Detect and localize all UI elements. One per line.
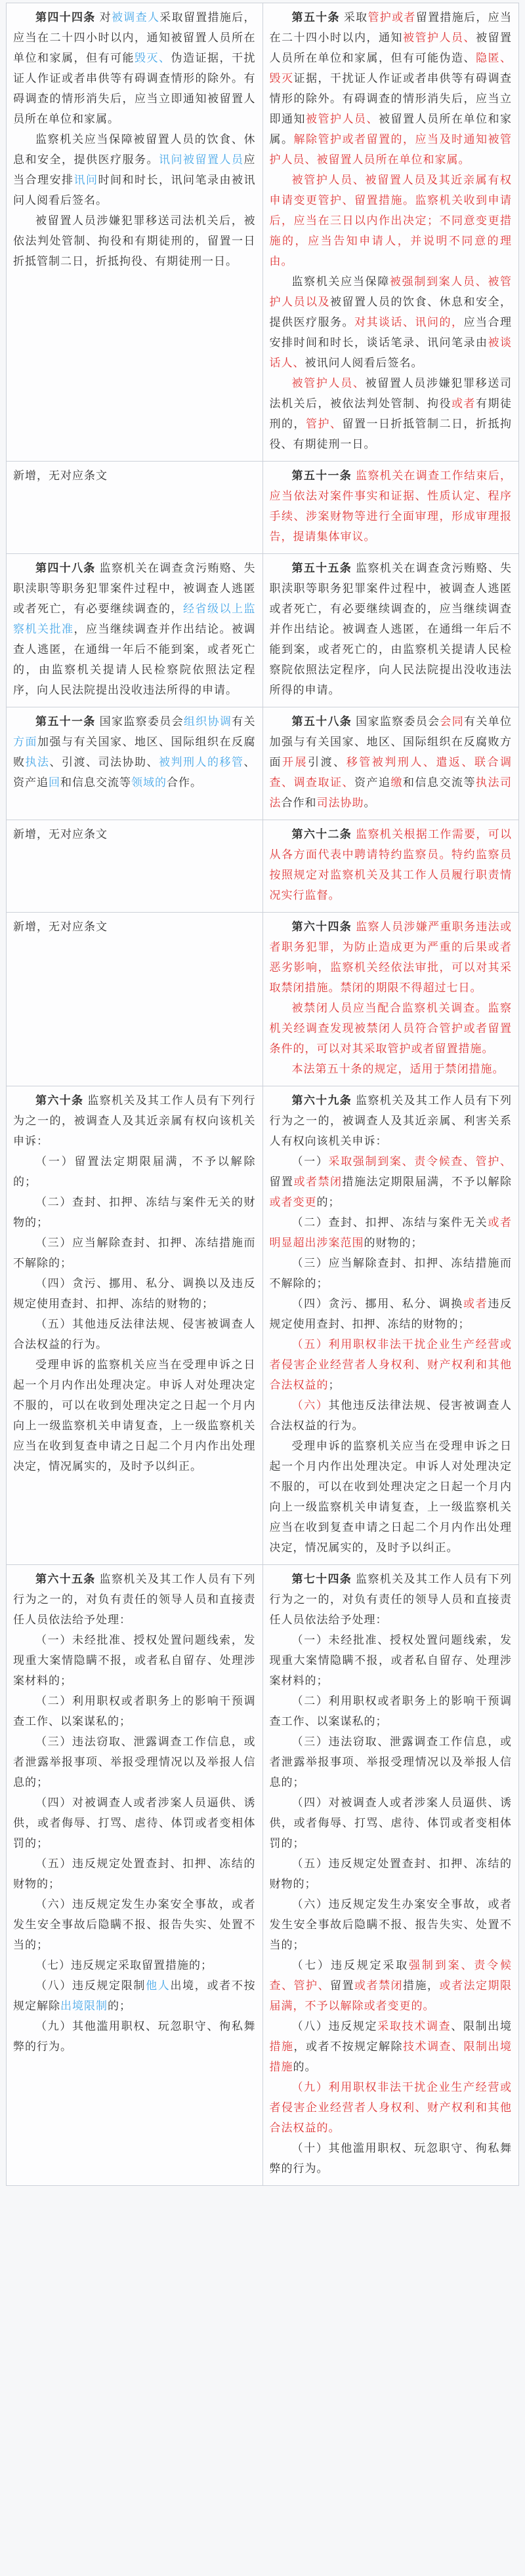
table-row: 第六十五条 监察机关及其工作人员有下列行为之一的，对负有责任的领导人员和直接责任… — [7, 1565, 519, 2186]
article-number: 第六十四条 — [292, 921, 352, 933]
added-text: 管护、 — [306, 418, 343, 430]
cell-right-row-4: 第五十八条 国家监察委员会会同有关单位加强与有关国家、地区、国际组织在反腐败方面… — [262, 707, 519, 820]
plain-text: 采取 — [340, 11, 368, 24]
plain-text: 监察机关应当保障 — [292, 275, 390, 288]
plain-text: （三）应当解除查封、扣押、冻结措施而不解除的； — [270, 1257, 513, 1290]
added-text: 或者 — [463, 1298, 488, 1310]
table-row: 新增，无对应条文第六十二条 监察机关根据工作需要，可以从各方面代表中聘请特约监察… — [7, 820, 519, 913]
article-number: 第七十四条 — [292, 1573, 352, 1585]
added-text: 管护或者 — [367, 11, 415, 24]
plain-text: ，或者不按规定解除 — [294, 2040, 404, 2053]
law-paragraph: （八）违反规定限制他人出境，或者不按规定解除出境限制的； — [13, 1975, 256, 2016]
added-text: 缴 — [391, 776, 404, 789]
plain-text: 被留置人员涉嫌犯罪移送司法机关后，被依法判处管制、拘役和有期徒刑的，留置一日折抵… — [13, 214, 256, 268]
law-paragraph: （三）违法窃取、泄露调查工作信息，或者泄露举报事项、举报受理情况以及举报人信息的… — [270, 1732, 513, 1793]
law-paragraph: （四）贪污、挪用、私分、调换或者违反规定使用查封、扣押、冻结的财物的； — [270, 1294, 513, 1334]
plain-text: （六）违反规定发生办案安全事故，或者发生安全事故后隐瞒不报、报告失实、处置不当的… — [270, 1898, 513, 1951]
plain-text: （十）其他滥用职权、玩忽职守、徇私舞弊的行为。 — [270, 2142, 513, 2175]
cell-right-row-8: 第七十四条 监察机关及其工作人员有下列行为之一的，对负有责任的领导人员和直接责任… — [262, 1565, 519, 2186]
law-paragraph: 监察机关应当保障被强制到案人员、被管护人员以及被留置人员的饮食、休息和安全，提供… — [270, 271, 513, 373]
added-text: 被管护人员、 — [403, 31, 476, 44]
law-paragraph: （六）其他违反法律法规、侵害被调查人合法权益的行为。 — [270, 1395, 513, 1436]
table-row: 第四十八条 监察机关在调查贪污贿赂、失职渎职等职务犯罪案件过程中，被调查人逃匿或… — [7, 554, 519, 707]
plain-text: 资产追 — [354, 776, 391, 789]
plain-text: （八）违反规定限制 — [35, 1979, 146, 1992]
plain-text: （二）利用职权或者职务上的影响干预调查工作、以案谋私的； — [270, 1695, 513, 1728]
plain-text: （七）违反规定采取 — [292, 1959, 409, 1972]
plain-text: 合作和 — [282, 797, 317, 809]
comparison-table-body: 第四十四条 对被调查人采取留置措施后，应当在二十四小时以内，通知被留置人员所在单… — [7, 3, 519, 2186]
law-paragraph: （五）利用职权非法干扰企业生产经营或者侵害企业经营者人身权利、财产权利和其他合法… — [270, 1334, 513, 1395]
law-paragraph: 被留置人员涉嫌犯罪移送司法机关后，被依法判处管制、拘役和有期徒刑的，留置一日折抵… — [13, 210, 256, 271]
cell-right-row-5: 第六十二条 监察机关根据工作需要，可以从各方面代表中聘请特约监察员。特约监察员按… — [262, 820, 519, 913]
plain-text: （一）未经批准、授权处置问题线索，发现重大案情隐瞒不报，或者私自留存、处理涉案材… — [13, 1634, 256, 1687]
table-row: 第五十一条 国家监察委员会组织协调有关方面加强与有关国家、地区、国际组织在反腐败… — [7, 707, 519, 820]
added-text: （六） — [292, 1399, 329, 1412]
law-paragraph: （二）利用职权或者职务上的影响干预调查工作、以案谋私的； — [270, 1691, 513, 1732]
law-paragraph: （六）违反规定发生办案安全事故，或者发生安全事故后隐瞒不报、报告失实、处置不当的… — [13, 1894, 256, 1955]
article-number: 第四十四条 — [35, 11, 96, 24]
law-paragraph: 本法第五十条的规定，适用于禁闭措施。 — [270, 1059, 513, 1079]
cell-right-row-7: 第六十九条 监察机关及其工作人员有下列行为之一的，被调查人及其近亲属、利害关系人… — [262, 1086, 519, 1565]
removed-text: 讯问被留置人员 — [159, 153, 244, 166]
law-paragraph: （七）违反规定采取强制到案、责令候查、管护、留置或者禁闭措施，或者法定期限届满，… — [270, 1955, 513, 2016]
law-paragraph: （五）违反规定处置查封、扣押、冻结的财物的； — [13, 1853, 256, 1894]
cell-left-row-2: 新增，无对应条文 — [7, 462, 263, 554]
plain-text: （八）违反规定 — [292, 2020, 378, 2032]
plain-text: （三）应当解除查封、扣押、冻结措施而不解除的； — [13, 1237, 256, 1269]
added-text: 或者禁闭 — [354, 1979, 403, 1992]
law-paragraph: 第六十二条 监察机关根据工作需要，可以从各方面代表中聘请特约监察员。特约监察员按… — [270, 824, 513, 905]
law-paragraph: 第五十五条 监察机关在调查贪污贿赂、失职渎职等职务犯罪案件过程中，被调查人逃匿或… — [270, 558, 513, 700]
removed-text: 被调查人 — [112, 11, 159, 24]
plain-text: （二）查封、扣押、冻结与案件无关 — [292, 1216, 488, 1229]
added-text: 被管护人员、 — [306, 113, 379, 125]
cell-right-row-2: 第五十一条 监察机关在调查工作结束后，应当依法对案件事实和证据、性质认定、程序手… — [262, 462, 519, 554]
added-text: 对其谈话、讯问的， — [354, 316, 464, 328]
cell-right-row-3: 第五十五条 监察机关在调查贪污贿赂、失职渎职等职务犯罪案件过程中，被调查人逃匿或… — [262, 554, 519, 707]
law-paragraph: （四）对被调查人或者涉案人员逼供、诱供，或者侮辱、打骂、虐待、体罚或者变相体罚的… — [13, 1793, 256, 1853]
law-paragraph: （四）贪污、挪用、私分、调换以及违反规定使用查封、扣押、冻结的财物的； — [13, 1273, 256, 1314]
law-paragraph: 新增，无对应条文 — [13, 917, 256, 937]
plain-text: 的； — [317, 1196, 341, 1208]
plain-text: （一） — [292, 1155, 329, 1168]
plain-text: 引渡、 — [308, 756, 346, 768]
plain-text: 对 — [96, 11, 112, 24]
article-number: 第五十五条 — [292, 562, 352, 574]
law-comparison-table: 第四十四条 对被调查人采取留置措施后，应当在二十四小时以内，通知被留置人员所在单… — [6, 3, 519, 2186]
plain-text: 措施法定期限届满，不予以解除 — [343, 1176, 513, 1188]
added-text: 或者禁闭 — [294, 1176, 343, 1188]
plain-text: （三）违法窃取、泄露调查工作信息，或者泄露举报事项、举报受理情况以及举报人信息的… — [13, 1735, 256, 1789]
added-text: （九）利用职权非法干扰企业生产经营或者侵害企业经营者人身权利、财产权利和其他合法… — [270, 2081, 513, 2134]
plain-text: 。 — [364, 797, 376, 809]
table-row: 新增，无对应条文第五十一条 监察机关在调查工作结束后，应当依法对案件事实和证据、… — [7, 462, 519, 554]
law-paragraph: （三）应当解除查封、扣押、冻结措施而不解除的； — [270, 1253, 513, 1294]
plain-text: 留置 — [330, 1979, 354, 1992]
plain-text: 新增，无对应条文 — [13, 921, 108, 933]
plain-text: （四）贪污、挪用、私分、调换以及违反规定使用查封、扣押、冻结的财物的； — [13, 1277, 256, 1310]
plain-text: 、引渡、司法协助、 — [50, 756, 159, 768]
plain-text: 国家监察委员会 — [96, 715, 184, 728]
law-paragraph: （七）违反规定采取留置措施的； — [13, 1955, 256, 1975]
added-text: 本法第五十条的规定，适用于禁闭措施。 — [292, 1063, 505, 1075]
added-text: 被禁闭人员应当配合监察机关调查。监察机关经调查发现被禁闭人员符合管护或者留置条件… — [270, 1002, 513, 1055]
cell-left-row-6: 新增，无对应条文 — [7, 913, 263, 1086]
plain-text: 的。 — [293, 2061, 317, 2073]
added-text: 措施 — [270, 2040, 294, 2053]
plain-text: （四）对被调查人或者涉案人员逼供、诱供，或者侮辱、打骂、虐待、体罚或者变相体罚的… — [13, 1796, 256, 1850]
plain-text: （六）违反规定发生办案安全事故，或者发生安全事故后隐瞒不报、报告失实、处置不当的… — [13, 1898, 256, 1951]
law-comparison-document: 第四十四条 对被调查人采取留置措施后，应当在二十四小时以内，通知被留置人员所在单… — [0, 0, 525, 2191]
article-number: 第四十八条 — [35, 562, 96, 574]
added-text: 或者变更 — [270, 1196, 317, 1208]
plain-text: 和信息交流等 — [60, 776, 131, 789]
added-text: 被管护人员、 — [292, 377, 366, 389]
removed-text: 组织协调 — [184, 715, 232, 728]
law-paragraph: （二）利用职权或者职务上的影响干预调查工作、以案谋私的； — [13, 1691, 256, 1732]
removed-text: 方面 — [13, 736, 37, 748]
plain-text: （二）查封、扣押、冻结与案件无关的财物的； — [13, 1196, 256, 1229]
law-paragraph: 第六十四条 监察人员涉嫌严重职务违法或者职务犯罪，为防止造成更为严重的后果或者恶… — [270, 917, 513, 998]
law-paragraph: 第五十一条 监察机关在调查工作结束后，应当依法对案件事实和证据、性质认定、程序手… — [270, 466, 513, 547]
law-paragraph: 受理申诉的监察机关应当在受理申诉之日起一个月内作出处理决定。申诉人对处理决定不服… — [13, 1355, 256, 1476]
added-text: 会同 — [440, 715, 464, 728]
plain-text: 新增，无对应条文 — [13, 828, 108, 841]
law-paragraph: （三）违法窃取、泄露调查工作信息，或者泄露举报事项、举报受理情况以及举报人信息的… — [13, 1732, 256, 1793]
cell-right-row-1: 第五十条 采取管护或者留置措施后，应当在二十四小时以内，通知被管护人员、被留置人… — [262, 3, 519, 462]
law-paragraph: 被管护人员、被留置人员及其近亲属有权申请变更管护、留置措施。监察机关收到申请后，… — [270, 170, 513, 271]
article-number: 第六十五条 — [35, 1573, 96, 1585]
law-paragraph: 新增，无对应条文 — [13, 466, 256, 486]
law-paragraph: （九）利用职权非法干扰企业生产经营或者侵害企业经营者人身权利、财产权利和其他合法… — [270, 2077, 513, 2138]
law-paragraph: 新增，无对应条文 — [13, 824, 256, 844]
added-text: 采取强制到案、责令候查、管护、 — [329, 1155, 512, 1168]
plain-text: 被讯问人阅看后签名。 — [305, 357, 423, 369]
added-text: 或者 — [451, 397, 476, 410]
plain-text: （五）其他违反法律法规、侵害被调查人合法权益的行为。 — [13, 1318, 256, 1351]
plain-text: 监察机关在调查贪污贿赂、失职渎职等职务犯罪案件过程中，被调查人逃匿或者死亡，有必… — [270, 562, 513, 696]
added-text: 解除管护或者留置的，应当及时通知被管护人员、被留置人员所在单位和家属。 — [270, 133, 513, 166]
law-paragraph: （四）对被调查人或者涉案人员逼供、诱供，或者侮辱、打骂、虐待、体罚或者变相体罚的… — [270, 1793, 513, 1853]
plain-text: 国家监察委员会 — [352, 715, 440, 728]
plain-text: （二）利用职权或者职务上的影响干预调查工作、以案谋私的； — [13, 1695, 256, 1728]
law-paragraph: （二）查封、扣押、冻结与案件无关的财物的； — [13, 1192, 256, 1233]
plain-text: （三）违法窃取、泄露调查工作信息，或者泄露举报事项、举报受理情况以及举报人信息的… — [270, 1735, 513, 1789]
removed-text: 被判刑人的移管 — [159, 756, 244, 768]
removed-text: 毁灭、 — [135, 52, 171, 64]
law-paragraph: 第七十四条 监察机关及其工作人员有下列行为之一的，对负有责任的领导人员和直接责任… — [270, 1569, 513, 1630]
article-number: 第五十一条 — [35, 715, 96, 728]
law-paragraph: （一）未经批准、授权处置问题线索，发现重大案情隐瞒不报，或者私自留存、处理涉案材… — [13, 1630, 256, 1691]
plain-text: 的财物的； — [364, 1237, 423, 1249]
law-paragraph: （五）违反规定处置查封、扣押、冻结的财物的； — [270, 1853, 513, 1894]
law-paragraph: （二）查封、扣押、冻结与案件无关或者明显超出涉案范围的财物的； — [270, 1212, 513, 1253]
law-paragraph: 第六十五条 监察机关及其工作人员有下列行为之一的，对负有责任的领导人员和直接责任… — [13, 1569, 256, 1630]
article-number: 第六十二条 — [292, 828, 352, 841]
plain-text: 新增，无对应条文 — [13, 469, 108, 482]
plain-text: 的； — [108, 2000, 131, 2012]
law-paragraph: （五）其他违反法律法规、侵害被调查人合法权益的行为。 — [13, 1314, 256, 1355]
removed-text: 执法 — [26, 756, 50, 768]
cell-left-row-8: 第六十五条 监察机关及其工作人员有下列行为之一的，对负有责任的领导人员和直接责任… — [7, 1565, 263, 2186]
removed-text: 他人 — [146, 1979, 170, 1992]
cell-left-row-4: 第五十一条 国家监察委员会组织协调有关方面加强与有关国家、地区、国际组织在反腐败… — [7, 707, 263, 820]
plain-text: 受理申诉的监察机关应当在受理申诉之日起一个月内作出处理决定。申诉人对处理决定不服… — [270, 1440, 513, 1554]
plain-text: （五）违反规定处置查封、扣押、冻结的财物的； — [270, 1857, 513, 1890]
article-number: 第六十条 — [35, 1094, 83, 1107]
article-number: 第五十一条 — [292, 469, 352, 482]
plain-text: （七）违反规定采取留置措施的； — [35, 1959, 213, 1972]
plain-text: （九）其他滥用职权、玩忽职守、徇私舞弊的行为。 — [13, 2020, 256, 2053]
table-row: 第六十条 监察机关及其工作人员有下列行为之一的，被调查人及其近亲属有权向该机关申… — [7, 1086, 519, 1565]
law-paragraph: （一）采取强制到案、责令候查、管护、留置或者禁闭措施法定期限届满，不予以解除或者… — [270, 1151, 513, 1212]
plain-text: 和信息交流等 — [403, 776, 476, 789]
cell-left-row-5: 新增，无对应条文 — [7, 820, 263, 913]
law-paragraph: 受理申诉的监察机关应当在受理申诉之日起一个月内作出处理决定。申诉人对处理决定不服… — [270, 1436, 513, 1558]
added-text: （五）利用职权非法干扰企业生产经营或者侵害企业经营者人身权利、财产权利和其他合法… — [270, 1338, 513, 1391]
removed-text: 回 — [49, 776, 60, 789]
added-text: 司法协助 — [317, 797, 364, 809]
article-number: 第五十条 — [292, 11, 340, 24]
law-paragraph: 监察机关应当保障被留置人员的饮食、休息和安全，提供医疗服务。讯问被留置人员应当合… — [13, 129, 256, 210]
cell-left-row-7: 第六十条 监察机关及其工作人员有下列行为之一的，被调查人及其近亲属有权向该机关申… — [7, 1086, 263, 1565]
added-text: 采取技术调查 — [377, 2020, 451, 2032]
removed-text: 讯问 — [74, 174, 98, 186]
law-paragraph: 第五十一条 国家监察委员会组织协调有关方面加强与有关国家、地区、国际组织在反腐败… — [13, 711, 256, 793]
law-paragraph: （十）其他滥用职权、玩忽职守、徇私舞弊的行为。 — [270, 2138, 513, 2179]
law-paragraph: （三）应当解除查封、扣押、冻结措施而不解除的； — [13, 1233, 256, 1273]
cell-left-row-3: 第四十八条 监察机关在调查贪污贿赂、失职渎职等职务犯罪案件过程中，被调查人逃匿或… — [7, 554, 263, 707]
plain-text: 合作。 — [167, 776, 202, 789]
article-number: 第五十八条 — [292, 715, 352, 728]
cell-right-row-6: 第六十四条 监察人员涉嫌严重职务违法或者职务犯罪，为防止造成更为严重的后果或者恶… — [262, 913, 519, 1086]
plain-text: ； — [329, 1379, 341, 1391]
plain-text: （一）未经批准、授权处置问题线索，发现重大案情隐瞒不报，或者私自留存、处理涉案材… — [270, 1634, 513, 1687]
law-paragraph: 被禁闭人员应当配合监察机关调查。监察机关经调查发现被禁闭人员符合管护或者留置条件… — [270, 998, 513, 1059]
plain-text: （四）对被调查人或者涉案人员逼供、诱供，或者侮辱、打骂、虐待、体罚或者变相体罚的… — [270, 1796, 513, 1850]
law-paragraph: 第六十条 监察机关及其工作人员有下列行为之一的，被调查人及其近亲属有权向该机关申… — [13, 1090, 256, 1151]
law-paragraph: （一）留置法定期限届满，不予以解除的； — [13, 1151, 256, 1192]
law-paragraph: 第六十九条 监察机关及其工作人员有下列行为之一的，被调查人及其近亲属、利害关系人… — [270, 1090, 513, 1151]
law-paragraph: 第四十四条 对被调查人采取留置措施后，应当在二十四小时以内，通知被留置人员所在单… — [13, 7, 256, 129]
plain-text: 有关 — [232, 715, 255, 728]
table-row: 第四十四条 对被调查人采取留置措施后，应当在二十四小时以内，通知被留置人员所在单… — [7, 3, 519, 462]
plain-text: （五）违反规定处置查封、扣押、冻结的财物的； — [13, 1857, 256, 1890]
added-text: 开展 — [282, 756, 308, 768]
law-paragraph: 第五十条 采取管护或者留置措施后，应当在二十四小时以内，通知被管护人员、被留置人… — [270, 7, 513, 170]
law-paragraph: 第五十八条 国家监察委员会会同有关单位加强与有关国家、地区、国际组织在反腐败方面… — [270, 711, 513, 813]
law-paragraph: （九）其他滥用职权、玩忽职守、徇私舞弊的行为。 — [13, 2016, 256, 2057]
plain-text: 、限制出境 — [451, 2020, 512, 2032]
removed-text: 领域的 — [131, 776, 167, 789]
plain-text: 受理申诉的监察机关应当在受理申诉之日起一个月内作出处理决定。申诉人对处理决定不服… — [13, 1358, 256, 1473]
law-paragraph: 第四十八条 监察机关在调查贪污贿赂、失职渎职等职务犯罪案件过程中，被调查人逃匿或… — [13, 558, 256, 700]
law-paragraph: （八）违反规定采取技术调查、限制出境措施，或者不按规定解除技术调查、限制出境措施… — [270, 2016, 513, 2077]
plain-text: 措施， — [403, 1979, 440, 1992]
law-paragraph: 被管护人员、被留置人员涉嫌犯罪移送司法机关后，被依法判处管制、拘役或者有期徒刑的… — [270, 373, 513, 454]
plain-text: 留置 — [270, 1176, 294, 1188]
plain-text: （一）留置法定期限届满，不予以解除的； — [13, 1155, 256, 1188]
law-paragraph: （一）未经批准、授权处置问题线索，发现重大案情隐瞒不报，或者私自留存、处理涉案材… — [270, 1630, 513, 1691]
removed-text: 出境限制 — [60, 2000, 108, 2012]
law-paragraph: （六）违反规定发生办案安全事故，或者发生安全事故后隐瞒不报、报告失实、处置不当的… — [270, 1894, 513, 1955]
article-number: 第六十九条 — [292, 1094, 352, 1107]
added-text: 被管护人员、被留置人员及其近亲属有权申请变更管护、留置措施。监察机关收到申请后，… — [270, 174, 513, 268]
plain-text: （四）贪污、挪用、私分、调换 — [292, 1298, 463, 1310]
table-row: 新增，无对应条文第六十四条 监察人员涉嫌严重职务违法或者职务犯罪，为防止造成更为… — [7, 913, 519, 1086]
cell-left-row-1: 第四十四条 对被调查人采取留置措施后，应当在二十四小时以内，通知被留置人员所在单… — [7, 3, 263, 462]
